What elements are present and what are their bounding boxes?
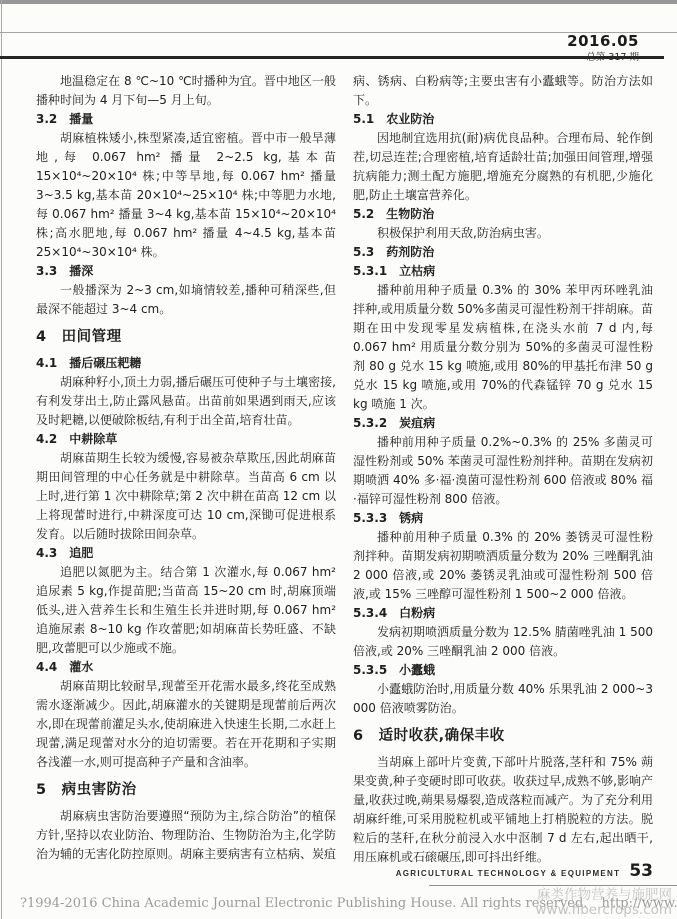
copyright-text: ?1994-2016 China Academic Journal Electr… xyxy=(20,896,587,911)
body-paragraph-continuation: 病、锈病、白粉病等;主要虫害有小蠹蛾等。防治方法如下。 xyxy=(353,72,653,110)
subsection-heading: 5.3.5 小蠹蛾 xyxy=(353,661,653,680)
body-paragraph: 胡麻植株矮小,株型紧凑,适宜密植。晋中市一般旱薄地,每 0.067 hm² 播量… xyxy=(36,129,336,262)
subsection-heading: 4.1 播后碾压耙耱 xyxy=(36,354,336,373)
body-paragraph: 胡麻苗期比较耐旱,现蕾至开花需水最多,终花至成熟需水逐渐减少。因此,胡麻灌水的关… xyxy=(36,677,336,772)
body-paragraph: 积极保护利用天敌,防治病虫害。 xyxy=(353,224,653,243)
body-paragraph: 胡麻苗期生长较为缓慢,容易被杂草欺压,因此胡麻苗期田间管理的中心任务就是中耕除草… xyxy=(36,449,336,544)
subsection-heading: 5.3.3 锈病 xyxy=(353,509,653,528)
subsection-heading: 3.2 播量 xyxy=(36,110,336,129)
issue-date: 2016.05 xyxy=(567,33,639,50)
journal-footer: AGRICULTURAL TECHNOLOGY & EQUIPMENT 53 xyxy=(429,861,677,886)
subsection-heading: 3.3 播深 xyxy=(36,262,336,281)
page-number: 53 xyxy=(629,861,653,881)
subsection-heading: 4.2 中耕除草 xyxy=(36,430,336,449)
body-paragraph: 播种前用种子质量 0.3% 的 30% 苯甲丙环唑乳油拌种,或用质量分数 50%… xyxy=(353,281,653,414)
section-heading: 5 病虫害防治 xyxy=(36,781,336,800)
body-paragraph: 因地制宜选用抗(耐)病优良品种。合理布局、轮作倒茬,切忌连茬;合理密植,培育适龄… xyxy=(353,129,653,205)
issue-number: 总第 317 期 xyxy=(567,53,639,63)
subsection-heading: 4.4 灌水 xyxy=(36,658,336,677)
body-paragraph: 一般播深为 2~3 cm,如墒情较差,播种可稍深些,但最深不能超过 3~4 cm… xyxy=(36,281,336,319)
header-rule-thick xyxy=(0,56,664,59)
body-paragraph: 小蠹蛾防治时,用质量分数 40% 乐果乳油 2 000~3 000 倍液喷雾防治… xyxy=(353,680,653,718)
column-left: 地温稳定在 8 ℃~10 ℃时播种为宜。晋中地区一般播种时间为 4 月下旬—5 … xyxy=(36,72,336,867)
scan-edge-left xyxy=(1,0,2,919)
subsection-heading: 5.1 农业防治 xyxy=(353,110,653,129)
body-paragraph: 地温稳定在 8 ℃~10 ℃时播种为宜。晋中地区一般播种时间为 4 月下旬—5 … xyxy=(36,72,336,110)
scan-edge-top xyxy=(0,0,677,4)
subsection-heading: 5.3.2 炭疽病 xyxy=(353,414,653,433)
body-paragraph: 发病初期喷洒质量分数为 12.5% 腈菌唑乳油 1 500 倍液,或 20% 三… xyxy=(353,623,653,661)
subsection-heading: 5.2 生物防治 xyxy=(353,205,653,224)
watermark: 麻类作物营养与施肥网 www.fibercrops.com xyxy=(536,888,672,918)
body-paragraph: 当胡麻上部叶片变黄,下部叶片脱落,茎秆和 75% 蒴果变黄,种子变硬时即可收获。… xyxy=(353,753,653,867)
subsection-heading: 5.3 药剂防治 xyxy=(353,243,653,262)
body-paragraph: 追肥以氮肥为主。结合第 1 次灌水,每 0.067 hm² 追尿素 5 kg,作… xyxy=(36,563,336,658)
article-body: 地温稳定在 8 ℃~10 ℃时播种为宜。晋中地区一般播种时间为 4 月下旬—5 … xyxy=(36,72,653,867)
body-paragraph: 胡麻病虫害防治要遵照“预防为主,综合防治”的植保方针,坚持以农业防治、物理防治、… xyxy=(36,807,336,864)
section-heading: 4 田间管理 xyxy=(36,328,336,347)
section-heading: 6 适时收获,确保丰收 xyxy=(353,727,653,746)
watermark-site-name: 麻类作物营养与施肥网 xyxy=(536,888,672,903)
subsection-heading: 5.3.1 立枯病 xyxy=(353,262,653,281)
body-paragraph: 播种前用种子质量 0.2%~0.3% 的 25% 多菌灵可湿性粉剂或 50% 苯… xyxy=(353,433,653,509)
column-right: 病、锈病、白粉病等;主要虫害有小蠹蛾等。防治方法如下。 5.1 农业防治 因地制… xyxy=(353,72,653,867)
body-paragraph: 播种前用种子质量 0.3% 的 20% 萎锈灵可湿性粉剂拌种。苗期发病初期喷洒质… xyxy=(353,528,653,604)
body-paragraph: 胡麻种籽小,顶土力弱,播后碾压可使种子与土壤密接,有利发芽出土,防止露风悬苗。出… xyxy=(36,373,336,430)
subsection-heading: 4.3 追肥 xyxy=(36,544,336,563)
watermark-site-url: www.fibercrops.com xyxy=(536,903,672,918)
subsection-heading: 5.3.4 白粉病 xyxy=(353,604,653,623)
page-header: 2016.05 总第 317 期 xyxy=(567,33,639,63)
journal-page: 2016.05 总第 317 期 地温稳定在 8 ℃~10 ℃时播种为宜。晋中地… xyxy=(0,0,677,919)
journal-name-english: AGRICULTURAL TECHNOLOGY & EQUIPMENT xyxy=(396,869,621,878)
